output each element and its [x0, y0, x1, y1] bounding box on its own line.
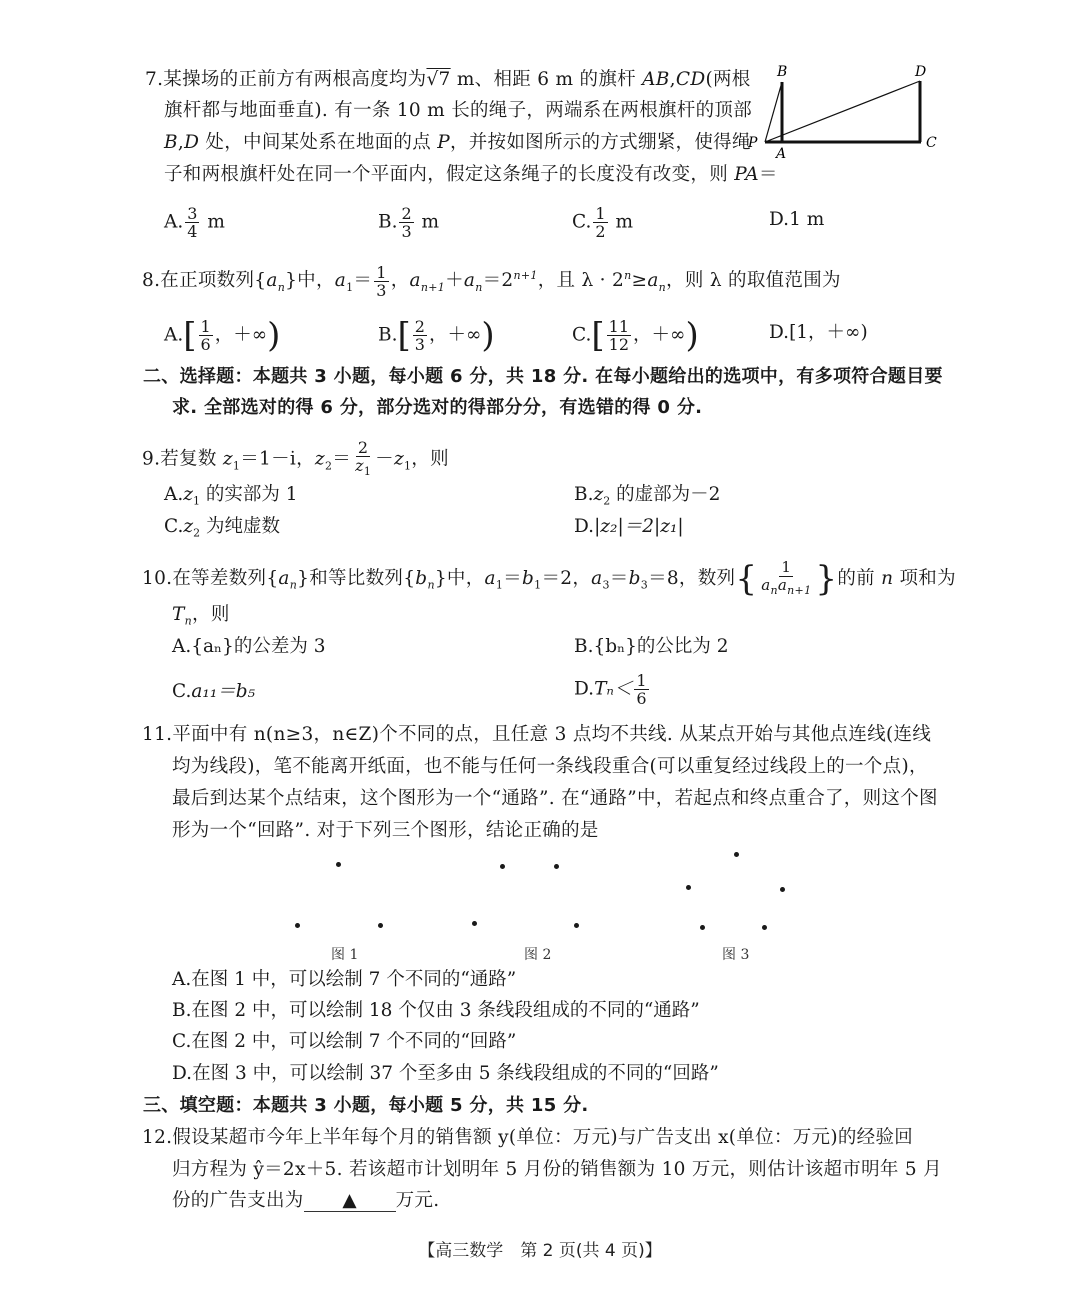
q10-line2: Tn，则: [172, 602, 230, 635]
label-B: B: [776, 64, 787, 80]
q8-line1: 8.在正项数列{an}中，a1＝13，an+1＋an＝2n+1，且 λ · 2n…: [142, 263, 841, 301]
section2-heading: 二、选择题：本题共 3 小题，每小题 6 分，共 18 分. 在每小题给出的选项…: [143, 364, 943, 390]
q10-option-c[interactable]: C.a₁₁＝b₅: [172, 679, 255, 705]
q10-line1: 10.在等差数列{an}和等比数列{bn}中，a1＝b1＝2，a3＝b3＝8，数…: [142, 559, 956, 599]
triangle-marker-icon: ▲: [342, 1190, 357, 1211]
fig2-point: [472, 921, 477, 926]
sqrt7: √7: [426, 69, 450, 90]
page-footer: 【高三数学 第 2 页(共 4 页)】: [0, 1236, 1080, 1261]
q9-option-c[interactable]: C.z2 为纯虚数: [164, 514, 280, 547]
q11-line2: 均为线段)，笔不能离开纸面，也不能与任何一条线段重合(可以重复经过线段上的一个点…: [172, 754, 928, 780]
q7-option-c[interactable]: C.12 m: [572, 205, 633, 240]
fig3-point: [762, 925, 767, 930]
q10-option-b[interactable]: B.{bₙ}的公比为 2: [574, 634, 729, 660]
q12-line2: 归方程为 ŷ＝2x＋5. 若该超市计划明年 5 月份的销售额为 10 万元，则估…: [172, 1157, 942, 1183]
q8-option-a[interactable]: A.[16，＋∞): [164, 318, 280, 353]
q11-option-b[interactable]: B.在图 2 中，可以绘制 18 个仅由 3 条线段组成的不同的“通路”: [172, 998, 700, 1024]
fig1-label: 图 1: [331, 944, 358, 964]
q10-option-d[interactable]: D.Tₙ＜16: [574, 672, 651, 707]
fig3-point: [734, 852, 739, 857]
q11-line4: 形为一个“回路”. 对于下列三个图形，结论正确的是: [172, 818, 599, 844]
q9-line1: 9.若复数 z1＝1－i，z2＝2z1－z1，则: [142, 439, 449, 480]
fig3-label: 图 3: [722, 944, 749, 964]
fig3-point: [700, 925, 705, 930]
q9-option-b[interactable]: B.z2 的虚部为－2: [574, 482, 720, 515]
q9-option-a[interactable]: A.z1 的实部为 1: [164, 482, 298, 515]
q7-option-d[interactable]: D.1 m: [769, 207, 824, 233]
q7-option-a[interactable]: A.34 m: [164, 205, 225, 240]
q11-line1: 11.平面中有 n(n≥3，n∈Z)个不同的点，且任意 3 点均不共线. 从某点…: [142, 722, 931, 748]
label-D: D: [914, 64, 926, 80]
q11-option-d[interactable]: D.在图 3 中，可以绘制 37 个至多由 5 条线段组成的不同的“回路”: [172, 1061, 719, 1087]
fig2-label: 图 2: [524, 944, 551, 964]
q12-line3: 份的广告支出为▲万元.: [172, 1188, 439, 1214]
fig1-point: [336, 862, 341, 867]
q12-line1: 12.假设某超市今年上半年每个月的销售额 y(单位：万元)与广告支出 x(单位：…: [142, 1125, 913, 1151]
q9-option-d[interactable]: D.|z₂|＝2|z₁|: [574, 514, 684, 540]
q11-option-c[interactable]: C.在图 2 中，可以绘制 7 个不同的“回路”: [172, 1029, 516, 1055]
flagpole-figure: B D P A C: [745, 60, 955, 160]
answer-blank[interactable]: ▲: [304, 1191, 396, 1212]
q8-option-c[interactable]: C.[1112，＋∞): [572, 318, 699, 353]
q11-option-a[interactable]: A.在图 1 中，可以绘制 7 个不同的“通路”: [172, 967, 516, 993]
q7-option-b[interactable]: B.23 m: [378, 205, 439, 240]
label-C: C: [926, 135, 937, 151]
q8-option-b[interactable]: B.[23，＋∞): [378, 318, 495, 353]
fig2-point: [554, 864, 559, 869]
section3-heading: 三、填空题：本题共 3 小题，每小题 5 分，共 15 分.: [143, 1093, 589, 1119]
q8-option-d[interactable]: D.[1，＋∞): [769, 320, 868, 346]
section2-heading-line2: 求. 全部选对的得 6 分，部分选对的得部分分，有选错的得 0 分.: [172, 395, 702, 421]
fig2-point: [500, 864, 505, 869]
q7-line4: 子和两根旗杆处在同一个平面内，假定这条绳子的长度没有改变，则 PA＝: [164, 162, 778, 188]
q10-option-a[interactable]: A.{aₙ}的公差为 3: [172, 634, 325, 660]
fig3-point: [780, 887, 785, 892]
q11-line3: 最后到达某个点结束，这个图形为一个“通路”. 在“通路”中，若起点和终点重合了，…: [172, 786, 938, 812]
q7-line3: B,D 处，中间某处系在地面的点 P，并按如图所示的方式绷紧，使得绳: [164, 130, 751, 156]
q7-line2: 旗杆都与地面垂直). 有一条 10 m 长的绳子，两端系在两根旗杆的顶部: [164, 98, 752, 124]
fig1-point: [378, 923, 383, 928]
q7-number: 7.: [145, 69, 163, 90]
label-A: A: [774, 146, 786, 160]
label-P: P: [747, 135, 758, 151]
fig1-point: [295, 923, 300, 928]
fig3-point: [686, 885, 691, 890]
fig2-point: [574, 923, 579, 928]
q7-line1: 7.某操场的正前方有两根高度均为√7 m、相距 6 m 的旗杆 AB,CD(两根: [145, 67, 751, 93]
